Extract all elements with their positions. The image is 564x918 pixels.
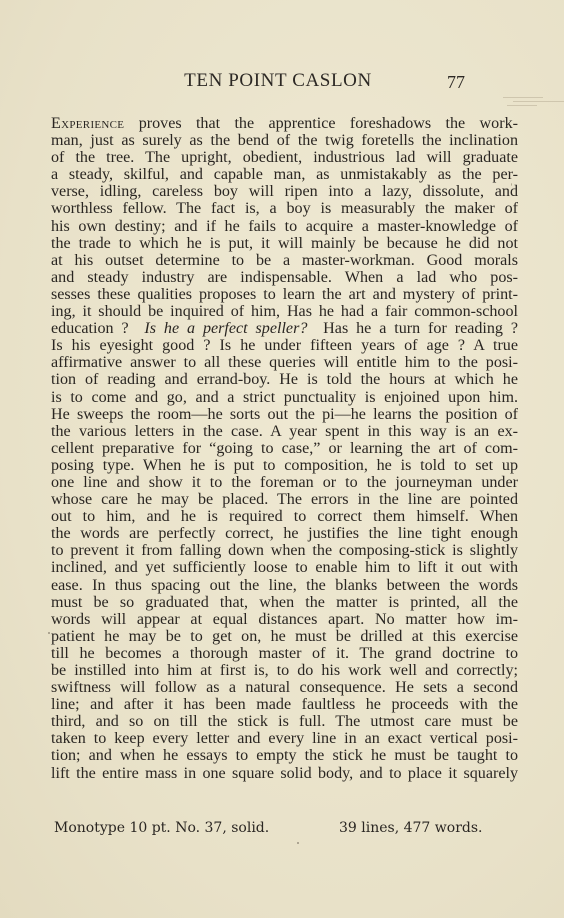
italic-question: Is he a perfect speller?	[144, 320, 307, 337]
text-line: patient he may be to get on, he must be …	[51, 628, 518, 645]
text-line: line; and after it has been made faultle…	[51, 696, 518, 713]
text-line: the words are perfectly correct, he just…	[51, 525, 518, 542]
text-line: affirmative answer to all these queries …	[51, 354, 518, 371]
text-line: a steady, skilful, and capable man, as u…	[51, 166, 518, 183]
text-line: tion; and when he essays to empty the st…	[51, 747, 518, 764]
text-line: sesses these qualities proposes to learn…	[51, 286, 518, 303]
text-line: is to come and go, and a strict punctual…	[51, 389, 518, 406]
text-line: posing type. When he is put to compositi…	[51, 457, 518, 474]
text-line: taken to keep every letter and every lin…	[51, 730, 518, 747]
text-line: cellent preparative for “going to case,”…	[51, 440, 518, 457]
text-line: swiftness will follow as a natural conse…	[51, 679, 518, 696]
text-line: verse, idling, careless boy will ripen i…	[51, 183, 518, 200]
paper-speck	[48, 632, 50, 634]
text-line: ing, it should be inquired of him, Has h…	[51, 303, 518, 320]
text-line: the trade to which he is put, it will ma…	[51, 235, 518, 252]
line-word-count: 39 lines, 477 words.	[339, 820, 482, 836]
text-line: and steady industry are indispensable. W…	[51, 269, 518, 286]
text-line: whose care he may be placed. The errors …	[51, 491, 518, 508]
text-line: to prevent it from falling down when the…	[51, 542, 518, 559]
text-line: the various letters in the case. A year …	[51, 423, 518, 440]
text-line: ease. In thus spacing out the line, the …	[51, 577, 518, 594]
page-number: 77	[447, 72, 465, 93]
lead-small-caps: Experience	[51, 115, 124, 132]
text-line: one line and show it to the foreman or t…	[51, 474, 518, 491]
text-line: be instilled into him at first is, to do…	[51, 662, 518, 679]
text-line: out to him, and he is required to correc…	[51, 508, 518, 525]
text-line: Experience proves that the apprentice fo…	[51, 115, 518, 132]
specimen-info: Monotype 10 pt. No. 37, solid.	[54, 820, 269, 836]
text-line: third, and so on till the stick is full.…	[51, 713, 518, 730]
text-line: at his outset determine to be a master-w…	[51, 252, 518, 269]
paper-speck	[511, 183, 512, 186]
text-line: must be so graduated that, when the matt…	[51, 594, 518, 611]
text-line: worthless fellow. The fact is, a boy is …	[51, 200, 518, 217]
text-line: He sweeps the room—he sorts out the pi—h…	[51, 406, 518, 423]
text-line: of the tree. The upright, obedient, indu…	[51, 149, 518, 166]
text-line: words will appear at equal distances apa…	[51, 611, 518, 628]
text-line: his own destiny; and if he fails to acqu…	[51, 218, 518, 235]
running-head-title: TEN POINT CASLON	[184, 70, 372, 92]
text-line: till he becomes a thorough master of it.…	[51, 645, 518, 662]
text-line: man, just as surely as the bend of the t…	[51, 132, 518, 149]
text-line: inclined, and yet sufficiently loose to …	[51, 559, 518, 576]
text-line: lift the entire mass in one square solid…	[51, 765, 518, 782]
body-paragraph: Experience proves that the apprentice fo…	[51, 115, 518, 782]
paper-speck	[297, 842, 299, 844]
text-line: Is his eyesight good ? Is he under fifte…	[51, 337, 518, 354]
running-head: TEN POINT CASLON 77	[0, 70, 564, 94]
text-line: education ? Is he a perfect speller? Has…	[51, 320, 518, 337]
text-line: tion of reading and errand-boy. He is to…	[51, 371, 518, 388]
page-edge-scuff	[503, 97, 564, 109]
